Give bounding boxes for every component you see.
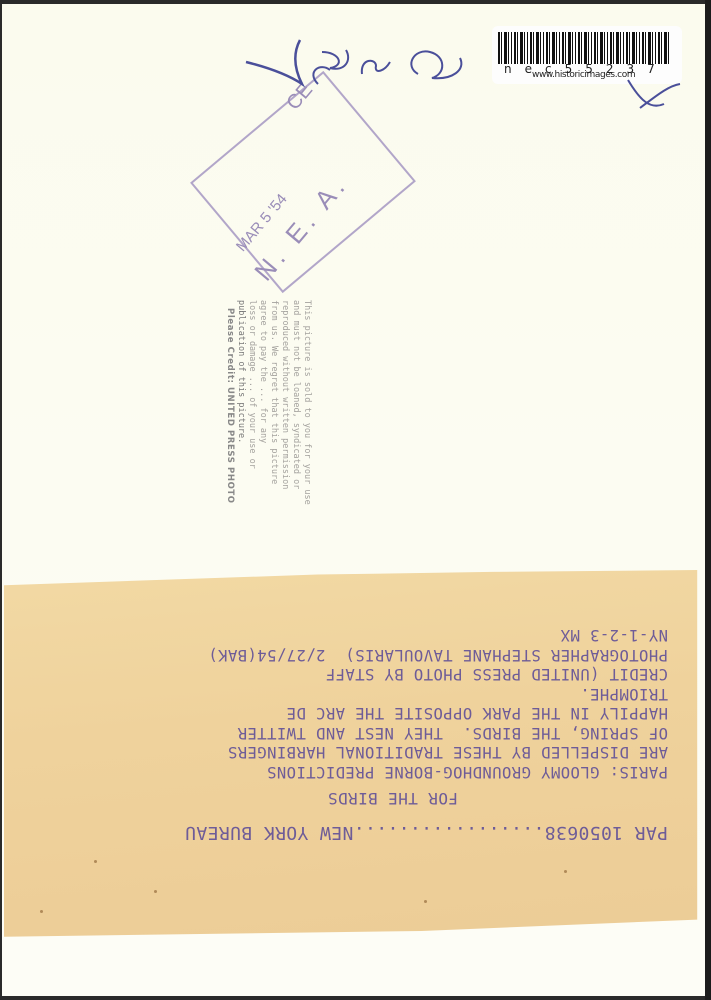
caption-body-line: OF SPRING, THE BIRDS. THEY NEST AND TWIT… [48,723,668,743]
scan-edge [705,0,711,1000]
caption-body-line: ARE DISPELLED BY THESE TRADITIONAL HARBI… [48,742,668,762]
caption-dateline: PAR 1050638.................NEW YORK BUR… [48,823,668,843]
caption-text: PAR 1050638.................NEW YORK BUR… [48,592,668,842]
notice-line: and must not be loaned, syndicated or [290,300,301,562]
notice-line: This picture is sold to you for your use [301,300,312,562]
caption-headline: FOR THE BIRDS [48,789,668,809]
caption-body-line: TRIOMPHE. [48,684,668,704]
caption-credit: CREDIT (UNITED PRESS PHOTO BY STAFF [48,664,668,684]
caption-photographer: PHOTOGRAPHER STEPHANE TAVOULARIS) 2/27/5… [48,645,668,665]
notice-line: from us. We regret that this picture [268,300,279,562]
caption-body-line: HAPPILY IN THE PARK OPPOSITE THE ARC DE [48,703,668,723]
caption-routing: NY-1-2-3 MX [48,625,668,645]
notice-credit: Please Credit: UNITED PRESS PHOTO [224,300,235,562]
caption-body-line: PARIS: GLOOMY GROUNDHOG-BORNE PREDICTION… [48,762,668,782]
notice-line: publication of this picture. [235,300,246,562]
notice-line: reproduced without written permission [279,300,290,562]
notice-line: loss or damage ... of your use or [246,300,257,562]
handwriting-check-icon [0,0,711,130]
notice-line: agree to pay the ... for any [257,300,268,562]
notice-block: This picture is sold to you for your use… [224,300,312,562]
